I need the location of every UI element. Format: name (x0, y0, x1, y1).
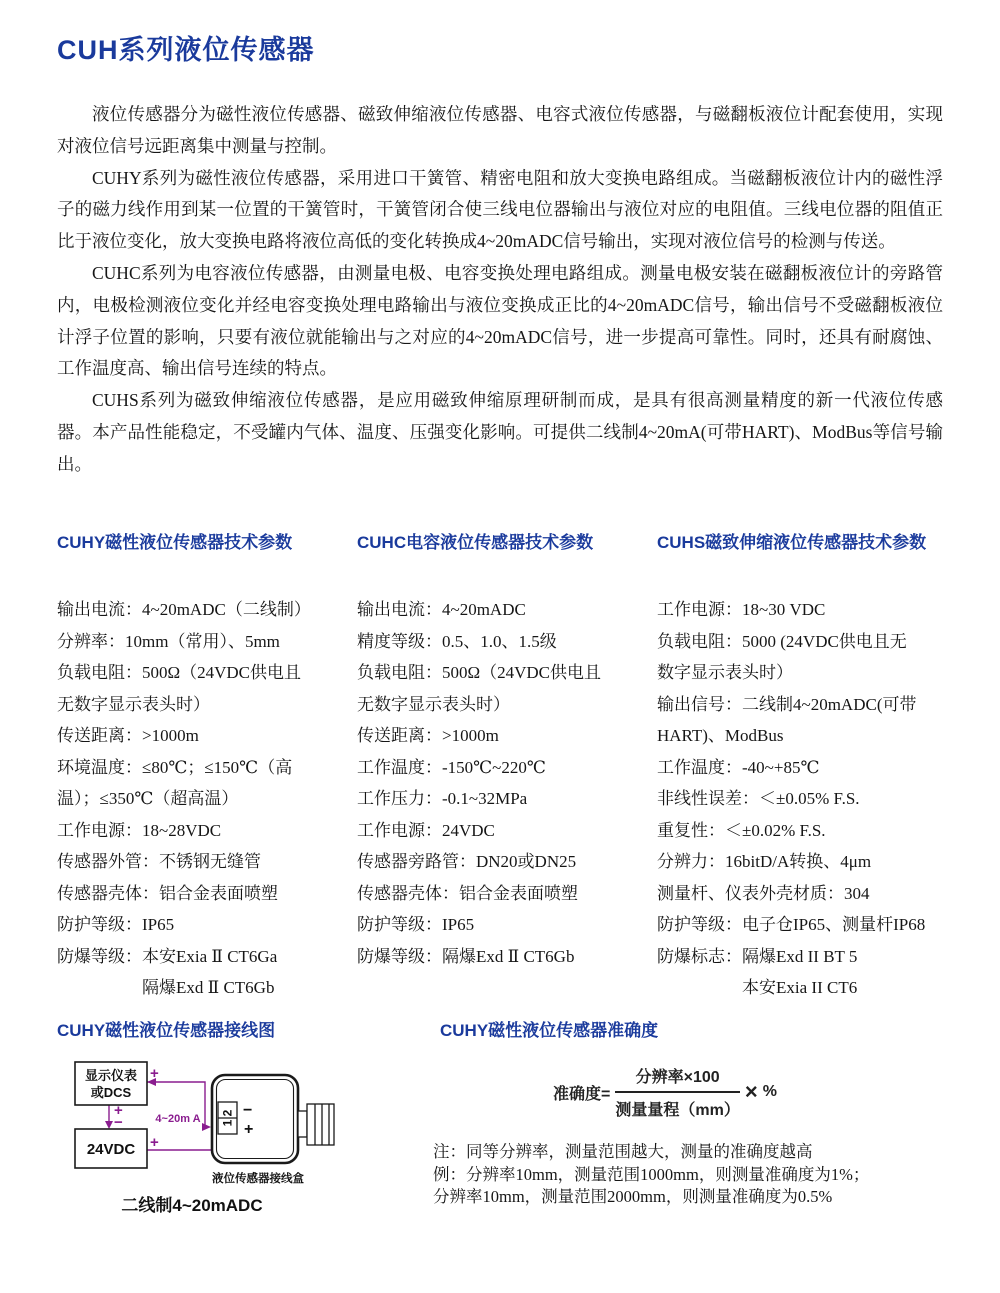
accuracy-formula: 准确度= 分辨率×100 测量量程（mm） × % (450, 1062, 880, 1122)
accuracy-heading: CUHY磁性液位传感器准确度 (440, 1016, 658, 1041)
spec-line: 环境温度：≤80℃；≤150℃（高 (57, 752, 357, 784)
spec-column-cuhy: CUHY磁性液位传感器技术参数 输出电流：4~20mADC（二线制）分辨率：10… (57, 530, 357, 1004)
spec-heading-cuhc: CUHC电容液位传感器技术参数 (357, 530, 657, 556)
spec-line: 非线性误差：＜±0.05% F.S. (657, 783, 992, 815)
display-box-label-line2: 或DCS (91, 1085, 132, 1100)
spec-line: 分辨力：16bitD/A转换、4μm (657, 846, 992, 878)
spec-line: 防爆等级：本安Exia Ⅱ CT6Ga (57, 941, 357, 973)
spec-line: 防护等级：IP65 (357, 909, 657, 941)
spec-line: 分辨率：10mm（常用）、5mm (57, 626, 357, 658)
cable-gland-body (307, 1104, 334, 1145)
terminal-numbers: 1 2 (221, 1109, 235, 1126)
spec-line: 防护等级：IP65 (57, 909, 357, 941)
spec-line: 工作温度：-150℃~220℃ (357, 752, 657, 784)
arrowhead-into-supply (105, 1121, 113, 1129)
formula-percent-sign: % (763, 1083, 777, 1101)
formula-lhs: 准确度= (553, 1081, 610, 1104)
intro-paragraph: CUHC系列为电容液位传感器，由测量电极、电容变换处理电路组成。测量电极安装在磁… (57, 258, 943, 385)
spec-line: 工作温度：-40~+85℃ (657, 752, 992, 784)
two-wire-caption: 二线制4~20mADC (121, 1195, 262, 1215)
spec-line: 工作压力：-0.1~32MPa (357, 783, 657, 815)
note-line: 注：同等分辨率，测量范围越大，测量的准确度越高 (433, 1141, 869, 1164)
spec-line: 数字显示表头时） (657, 657, 992, 689)
spec-line: 传感器壳体：铝合金表面喷塑 (57, 878, 357, 910)
junction-plus-label: + (244, 1121, 253, 1138)
arrowhead-into-junction (202, 1123, 211, 1131)
plus-sign-supply: + (150, 1134, 159, 1151)
spec-heading-cuhs: CUHS磁致伸缩液位传感器技术参数 (657, 530, 992, 556)
cable-gland-neck (298, 1111, 307, 1137)
spec-line: 防爆等级：隔爆Exd Ⅱ CT6Gb (357, 941, 657, 973)
intro-paragraph: CUHY系列为磁性液位传感器，采用进口干簧管、精密电阻和放大变换电路组成。当磁翻… (57, 163, 943, 258)
spec-lines-cuhs: 工作电源：18~30 VDC负载电阻：5000 (24VDC供电且无数字显示表头… (657, 594, 992, 1004)
spec-line: 传感器外管：不锈钢无缝管 (57, 846, 357, 878)
junction-minus-label: − (243, 1102, 252, 1119)
note-line: 分辨率10mm，测量范围2000mm，则测量准确度为0.5% (433, 1186, 869, 1209)
supply-box-label: 24VDC (87, 1141, 136, 1158)
spec-line: 无数字显示表头时） (357, 689, 657, 721)
spec-line: 负载电阻：5000 (24VDC供电且无 (657, 626, 992, 658)
spec-line: 传感器旁路管：DN20或DN25 (357, 846, 657, 878)
formula-times-sign: × (745, 1081, 758, 1103)
spec-line: HART)、ModBus (657, 720, 992, 752)
intro-paragraphs: 液位传感器分为磁性液位传感器、磁致伸缩液位传感器、电容式液位传感器，与磁翻板液位… (57, 99, 943, 481)
spec-line: 防护等级：电子仓IP65、测量杆IP68 (657, 909, 992, 941)
intro-paragraph: 液位传感器分为磁性液位传感器、磁致伸缩液位传感器、电容式液位传感器，与磁翻板液位… (57, 99, 943, 163)
spec-line: 测量杆、仪表外壳材质：304 (657, 878, 992, 910)
page-title: CUH系列液位传感器 (57, 28, 315, 67)
spec-line: 本安Exia II CT6 (657, 972, 992, 1004)
spec-heading-cuhy: CUHY磁性液位传感器技术参数 (57, 530, 357, 556)
spec-line: 输出电流：4~20mADC（二线制） (57, 594, 357, 626)
spec-column-cuhc: CUHC电容液位传感器技术参数 输出电流：4~20mADC精度等级：0.5、1.… (357, 530, 657, 972)
spec-line: 精度等级：0.5、1.0、1.5级 (357, 626, 657, 658)
spec-line: 温）；≤350℃（超高温） (57, 783, 357, 815)
intro-paragraph: CUHS系列为磁致伸缩液位传感器，是应用磁致伸缩原理研制而成，是具有很高测量精度… (57, 385, 943, 480)
spec-line: 负载电阻：500Ω（24VDC供电且 (357, 657, 657, 689)
spec-line: 隔爆Exd Ⅱ CT6Gb (57, 972, 357, 1004)
spec-line: 工作电源：18~30 VDC (657, 594, 992, 626)
spec-line: 防爆标志：隔爆Exd II BT 5 (657, 941, 992, 973)
spec-line: 输出电流：4~20mADC (357, 594, 657, 626)
plus-sign-display-top: + (150, 1065, 159, 1082)
accuracy-notes: 注：同等分辨率，测量范围越大，测量的准确度越高例：分辨率10mm，测量范围100… (433, 1141, 869, 1209)
formula-fraction: 分辨率×100 测量量程（mm） (615, 1064, 739, 1120)
note-line: 例：分辨率10mm，测量范围1000mm，则测量准确度为1%； (433, 1164, 869, 1187)
spec-line: 负载电阻：500Ω（24VDC供电且 (57, 657, 357, 689)
junction-box-caption: 液位传感器接线盒 (212, 1171, 304, 1185)
wiring-heading: CUHY磁性液位传感器接线图 (57, 1016, 275, 1041)
spec-line: 传送距离：>1000m (357, 720, 657, 752)
spec-line: 传感器壳体：铝合金表面喷塑 (357, 878, 657, 910)
formula-numerator: 分辨率×100 (615, 1064, 739, 1093)
spec-lines-cuhy: 输出电流：4~20mADC（二线制）分辨率：10mm（常用）、5mm负载电阻：5… (57, 594, 357, 1004)
spec-line: 输出信号：二线制4~20mADC(可带 (657, 689, 992, 721)
formula-denominator: 测量量程（mm） (615, 1093, 739, 1120)
wiring-diagram: + + − + 4~20m A 显示仪表 或DCS 24VDC 1 2 − + … (70, 1052, 370, 1227)
spec-line: 工作电源：18~28VDC (57, 815, 357, 847)
spec-line: 无数字显示表头时） (57, 689, 357, 721)
spec-lines-cuhc: 输出电流：4~20mADC精度等级：0.5、1.0、1.5级负载电阻：500Ω（… (357, 594, 657, 972)
display-box-label-line1: 显示仪表 (85, 1068, 137, 1083)
spec-line: 传送距离：>1000m (57, 720, 357, 752)
spec-line: 重复性：＜±0.02% F.S. (657, 815, 992, 847)
spec-line: 工作电源：24VDC (357, 815, 657, 847)
current-wire-label: 4~20m A (155, 1113, 200, 1125)
spec-column-cuhs: CUHS磁致伸缩液位传感器技术参数 工作电源：18~30 VDC负载电阻：500… (657, 530, 992, 1004)
